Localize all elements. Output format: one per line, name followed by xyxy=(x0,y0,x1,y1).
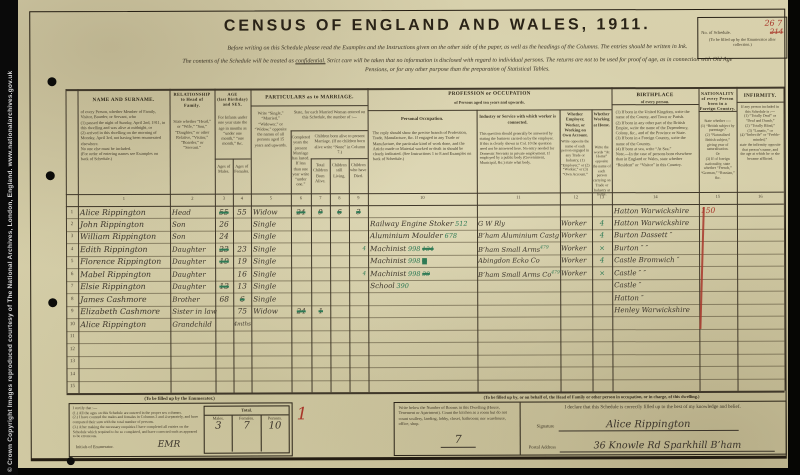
col-title-name: NAME AND SURNAME. xyxy=(80,97,168,104)
relationship: Daughter xyxy=(172,268,215,281)
row-number: 12 xyxy=(66,344,78,356)
relationship: Sister in law xyxy=(172,306,215,319)
enumerator-section-label: (To be filled up by the Enumerator.) xyxy=(69,395,291,401)
row-number: 13 xyxy=(66,356,78,368)
enumerator-initials-value: EMR xyxy=(158,440,181,450)
person-name: Elsie Rippington xyxy=(80,281,170,294)
grid-line xyxy=(215,159,251,160)
children-born: 9 xyxy=(311,206,330,219)
person-name: Alice Rippington xyxy=(80,319,170,332)
industry: B’ham Small Arms479 xyxy=(478,242,560,255)
rooms-cell: Write below the Number of Rooms in this … xyxy=(395,403,521,455)
coder-mark: × xyxy=(592,242,612,255)
column-number: 7 xyxy=(312,195,328,200)
col-label-age-females: Ages of Females. xyxy=(234,164,250,175)
col-title-marriage: PARTICULARS as to MARRIAGE. xyxy=(252,94,368,101)
column-number: 6 xyxy=(293,195,309,200)
schedule-number-value: 26 7 xyxy=(764,19,782,28)
record-rows: 1Alice RippingtonHead5555Widow24963Hatto… xyxy=(17,0,787,1)
rooms-value: 7 xyxy=(441,433,476,448)
marital-status: Widow xyxy=(253,306,291,319)
col-note-working-at-home: Write the words “At Home” opposite the n… xyxy=(593,145,611,197)
row-number: 4 xyxy=(66,244,78,256)
row-number: 11 xyxy=(66,331,78,343)
col-title-infirmity: INFIRMITY. xyxy=(738,93,783,99)
age-male: 24 xyxy=(215,231,233,244)
relationship: Daughter xyxy=(172,281,215,294)
industry: G W Rly xyxy=(478,217,560,230)
industry: Abingdon Ecko Co xyxy=(478,255,560,268)
col-title-age: AGE (last Birthday) and SEX. xyxy=(216,92,250,107)
relationship: Son xyxy=(172,219,215,232)
col-note-marriage-children: Children born alive to present Marriage.… xyxy=(313,133,367,154)
col-note-relationship: State whether “Head,” or “Wife,” “Son,” … xyxy=(173,119,212,151)
age-female: 4mths xyxy=(233,318,251,331)
row-number: 7 xyxy=(66,281,78,293)
col-note-marriage-group: State, for each Married Woman entered on… xyxy=(294,109,366,120)
coder-mark: 4 xyxy=(349,268,368,281)
col-title-relationship: RELATIONSHIP to Head of Family. xyxy=(171,92,214,108)
confidential-text-a: The contents of the Schedule will be tre… xyxy=(182,58,295,64)
totals-label: Total. xyxy=(205,406,289,415)
address-row: Postal Address 36 Knowle Rd Sparkhill B’… xyxy=(525,435,781,454)
age-male: 55 xyxy=(215,206,233,219)
years-married: 24 xyxy=(291,306,311,319)
declaration-cell: I declare that this Schedule is correctl… xyxy=(525,405,781,454)
employment-status: Worker xyxy=(561,267,592,280)
col-note-birthplace: (1) If born in the United Kingdom, write… xyxy=(616,109,695,167)
punch-hole xyxy=(46,171,55,180)
marital-status: Single xyxy=(253,243,291,256)
relationship: Grandchild xyxy=(172,318,215,331)
col-title-birthplace: BIRTHPLACE xyxy=(613,92,698,99)
occupation: Railway Engine Stoker 512 xyxy=(370,218,477,231)
column-number: 4 xyxy=(234,196,250,201)
col-label-employment-status: Whether Employer, Worker, or Working on … xyxy=(561,111,590,137)
occupation: Machinist 998 ▇ xyxy=(370,255,477,268)
birthplace: Hatton ″ xyxy=(614,292,699,305)
schedule-number-box: 26 7 No. of Schedule. 214 (To be filled … xyxy=(697,17,787,59)
declaration-text: I declare that this Schedule is correctl… xyxy=(525,405,781,411)
signature-label: Signature xyxy=(537,423,555,428)
column-number: 16 xyxy=(752,194,768,199)
row-number: 5 xyxy=(66,256,78,268)
punch-hole xyxy=(48,298,57,307)
table-grid xyxy=(17,0,787,1)
relationship: Brother xyxy=(172,293,215,306)
column-number: 14 xyxy=(647,194,663,199)
age-female: 19 xyxy=(233,256,251,269)
age-male: 26 xyxy=(215,219,233,232)
age-female: 16 xyxy=(233,268,251,281)
col-note-employment-status: Write opposite the name of each person e… xyxy=(561,139,590,177)
employment-status: Worker xyxy=(561,230,592,243)
col-note-name: of every Person, whether Member of Famil… xyxy=(81,109,167,162)
marital-status: Single xyxy=(253,281,291,294)
column-number: 15 xyxy=(710,194,726,199)
form-title: CENSUS OF ENGLAND AND WALES, 1911. xyxy=(117,16,757,36)
occupation: Machinist 998 39 xyxy=(370,268,477,281)
birthplace: Castle Bromwich ″ xyxy=(614,254,699,267)
col-title-occupation: PROFESSION or OCCUPATION xyxy=(368,90,612,97)
person-name: Edith Rippington xyxy=(80,244,170,257)
occupation: Machinist 998 134 xyxy=(370,243,477,256)
head-declaration-box: Write below the Number of Rooms in this … xyxy=(394,401,787,456)
marital-status: Single xyxy=(253,218,291,231)
relationship: Head xyxy=(172,206,215,219)
column-number: 5 xyxy=(263,195,279,200)
coder-mark: 4 xyxy=(592,255,612,268)
totals-persons-cell: Persons. 10 xyxy=(261,415,288,451)
col-label-age-males: Ages of Males. xyxy=(216,164,232,175)
col-label-children-living: Children still Living. xyxy=(331,162,348,178)
age-female: 55 xyxy=(233,206,251,219)
schedule-number-note: (To be filled up by the Enumerator after… xyxy=(698,36,786,49)
col-note-marriage-status: Write “Single,” “Married,” “Widower,” or… xyxy=(253,110,289,147)
column-number: 2 xyxy=(184,196,200,201)
children-died: 3 xyxy=(349,206,368,219)
address-value: 36 Knowle Rd Sparkhill B’ham xyxy=(560,440,775,453)
coder-mark: × xyxy=(592,267,612,280)
marital-status: Single xyxy=(253,268,291,281)
birthplace: Hatton Warwickshire xyxy=(614,204,699,217)
age-male: 19 xyxy=(215,256,233,269)
confidential-text-b: Strict care will be taken that no inform… xyxy=(325,57,732,73)
employment-status: Worker xyxy=(561,255,592,268)
age-female: 75 xyxy=(233,306,251,319)
col-subtitle-occupation: of Persons aged ten years and upwards. xyxy=(368,99,612,105)
industry: B’ham Small Arms Co479 xyxy=(478,267,560,280)
age-female: 13 xyxy=(233,281,251,294)
row-number: 9 xyxy=(66,306,78,318)
relationship: Daughter xyxy=(172,244,215,257)
marital-status: Widow xyxy=(253,206,291,219)
col-note-personal-occupation: The reply should show the precise branch… xyxy=(373,130,472,162)
children-born: 1 xyxy=(311,305,330,318)
marital-status: Single xyxy=(253,293,291,306)
column-number-strip: 12345678910111213141516 xyxy=(17,0,787,1)
column-number: 11 xyxy=(510,195,526,200)
children-living: 6 xyxy=(330,206,349,219)
column-number: 1 xyxy=(116,196,132,201)
years-married: 24 xyxy=(291,206,311,219)
employment-status: Worker xyxy=(561,217,592,230)
totals-males-cell: Males. 3 xyxy=(205,415,233,451)
examiner-red-mark: 1 xyxy=(297,404,308,424)
col-label-children-died: Children who have Died. xyxy=(350,162,367,178)
person-name: John Rippington xyxy=(80,219,170,232)
totals-females-cell: Females. 7 xyxy=(233,415,261,451)
row-number: 3 xyxy=(66,232,78,244)
row-number: 15 xyxy=(67,381,79,393)
column-number: 8 xyxy=(331,195,347,200)
col-label-children-born: Total Children Born Alive. xyxy=(312,162,329,183)
row-number: 1 xyxy=(66,207,78,219)
totals-males-value: 3 xyxy=(205,420,232,431)
person-name: Elizabeth Cashmore xyxy=(80,306,170,319)
punch-hole xyxy=(67,457,75,465)
column-number: 13 xyxy=(594,194,610,199)
row-number: 14 xyxy=(66,369,78,381)
row-number: 8 xyxy=(66,294,78,306)
col-label-industry: Industry or Service with which worker is… xyxy=(479,113,557,124)
column-number: 3 xyxy=(216,196,232,201)
birthplace: Henley Warwickshire xyxy=(614,304,699,317)
occupation: School 390 xyxy=(370,280,477,293)
industry: B’ham Aluminium Castg xyxy=(478,230,560,243)
census-schedule-scan: © Crown Copyright Images reproduced cour… xyxy=(0,0,800,475)
row-number: 2 xyxy=(66,219,78,231)
totals-females-value: 7 xyxy=(233,420,260,431)
occupation: Aluminium Moulder 678 xyxy=(370,230,477,243)
copyright-text: © Crown Copyright Images reproduced cour… xyxy=(3,4,18,472)
birthplace: Castle ″ xyxy=(614,279,699,292)
birthplace: Burton Dassett ″ xyxy=(614,229,699,242)
birthplace: Castle ″ ″ xyxy=(614,267,699,280)
coder-mark: 4 xyxy=(592,230,612,243)
person-name: William Rippington xyxy=(80,231,170,244)
relationship: Son xyxy=(172,231,215,244)
column-number: 12 xyxy=(568,194,584,199)
person-name: James Cashmore xyxy=(80,294,170,307)
grid-line xyxy=(311,158,368,159)
address-label: Postal Address xyxy=(529,444,556,449)
col-note-nationality: State whether :— (1) “British subject by… xyxy=(701,119,735,181)
totals-persons-value: 10 xyxy=(261,420,288,431)
col-label-working-at-home: Whether Working at Home. xyxy=(593,111,611,127)
person-name: Mabel Rippington xyxy=(80,269,170,282)
examiner-red-number: 150 xyxy=(701,204,737,217)
signature-row: Signature Alice Rippington xyxy=(525,414,781,433)
column-number: 10 xyxy=(414,195,430,200)
grid-line xyxy=(699,111,737,112)
age-male: 23 xyxy=(215,243,233,256)
col-note-infirmity: If any person included in this Schedule … xyxy=(740,105,781,162)
enumerator-initials-label: Initials of Enumerator. xyxy=(76,444,114,449)
person-name: Florence Rippington xyxy=(80,256,170,269)
confidential-word: confidential. xyxy=(295,58,325,64)
birthplace: Burton ″ ″ xyxy=(614,242,699,255)
row-number: 10 xyxy=(66,319,78,331)
rooms-note: Write below the Number of Rooms in this … xyxy=(395,403,520,428)
col-label-personal-occupation: Personal Occupation. xyxy=(370,116,475,122)
archive-copyright-strip: © Crown Copyright Images reproduced cour… xyxy=(0,0,18,475)
schedule-number-struck: 214 xyxy=(770,28,783,36)
row-number: 6 xyxy=(66,269,78,281)
signature-value: Alice Rippington xyxy=(558,419,738,432)
grid-line xyxy=(737,102,784,103)
age-female: 23 xyxy=(233,243,251,256)
col-note-industry: This question should generally be answer… xyxy=(480,131,556,165)
person-name: Alice Rippington xyxy=(80,206,170,219)
form-instructions-line2: The contents of the Schedule will be tre… xyxy=(177,56,737,75)
coder-mark: 4 xyxy=(592,217,612,230)
totals-box: Total. Males. 3 Females. 7 Persons. 10 xyxy=(204,405,290,453)
schedule-number-label: No. of Schedule. xyxy=(701,29,731,34)
coder-mark: 4 xyxy=(349,243,368,256)
age-male: 68 xyxy=(215,293,233,306)
census-form: CENSUS OF ENGLAND AND WALES, 1911. Befor… xyxy=(17,0,789,469)
punch-hole xyxy=(47,77,56,86)
age-female: 6 xyxy=(233,293,251,306)
census-form-paper: CENSUS OF ENGLAND AND WALES, 1911. Befor… xyxy=(18,0,788,468)
age-male: 13 xyxy=(215,281,233,294)
column-number: 9 xyxy=(350,195,366,200)
enumerator-certification: I certify that :— (1.) All the ages on t… xyxy=(73,406,201,440)
birthplace: Hatton Warwickshire xyxy=(614,217,699,230)
col-note-marriage-years: Completed years the present Marriage has… xyxy=(292,134,310,187)
marital-status: Single xyxy=(253,256,291,269)
col-note-age: For Infants under one year state the age… xyxy=(217,115,249,147)
relationship: Daughter xyxy=(172,256,215,269)
col-title-nationality: NATIONALITY of every Person born in a Fo… xyxy=(700,91,736,111)
marital-status: Single xyxy=(253,231,291,244)
employment-status: Worker xyxy=(561,242,592,255)
enumerator-box: I certify that :— (1.) All the ages on t… xyxy=(69,402,293,457)
